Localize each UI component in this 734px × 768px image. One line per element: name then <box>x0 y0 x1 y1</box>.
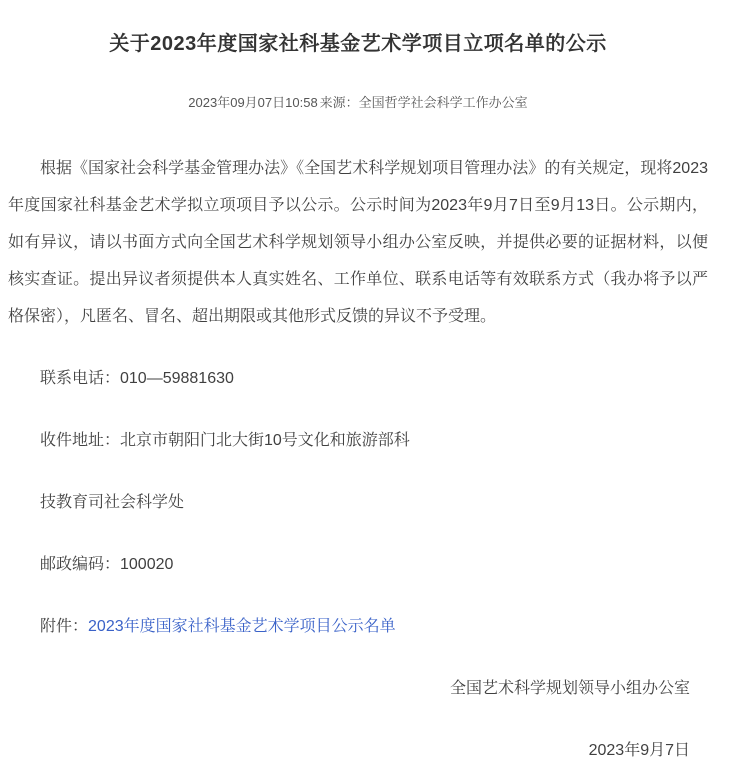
body-paragraph-main: 根据《国家社会科学基金管理办法》《全国艺术科学规划项目管理办法》的有关规定，现将… <box>8 150 708 335</box>
publish-source: 来源：全国哲学社会科学工作办公室 <box>320 95 528 110</box>
publish-meta: 2023年09月07日10:58来源：全国哲学社会科学工作办公室 <box>8 94 708 112</box>
mailing-address-line-2: 技教育司社会科学处 <box>8 484 708 521</box>
announcement-page: 关于2023年度国家社科基金艺术学项目立项名单的公示 2023年09月07日10… <box>0 0 734 768</box>
mailing-address-line: 收件地址：北京市朝阳门北大街10号文化和旅游部科 <box>8 422 708 459</box>
signature-org: 全国艺术科学规划领导小组办公室 <box>8 670 690 707</box>
attachment-line: 附件：2023年度国家社科基金艺术学项目公示名单 <box>8 608 708 645</box>
attachment-link[interactable]: 2023年度国家社科基金艺术学项目公示名单 <box>88 618 396 635</box>
page-title: 关于2023年度国家社科基金艺术学项目立项名单的公示 <box>8 30 708 58</box>
signature-date: 2023年9月7日 <box>8 732 690 768</box>
postal-code-line: 邮政编码：100020 <box>8 546 708 583</box>
attachment-label: 附件： <box>40 618 88 635</box>
contact-phone-line: 联系电话：010—59881630 <box>8 360 708 397</box>
publish-datetime: 2023年09月07日10:58 <box>188 95 317 110</box>
